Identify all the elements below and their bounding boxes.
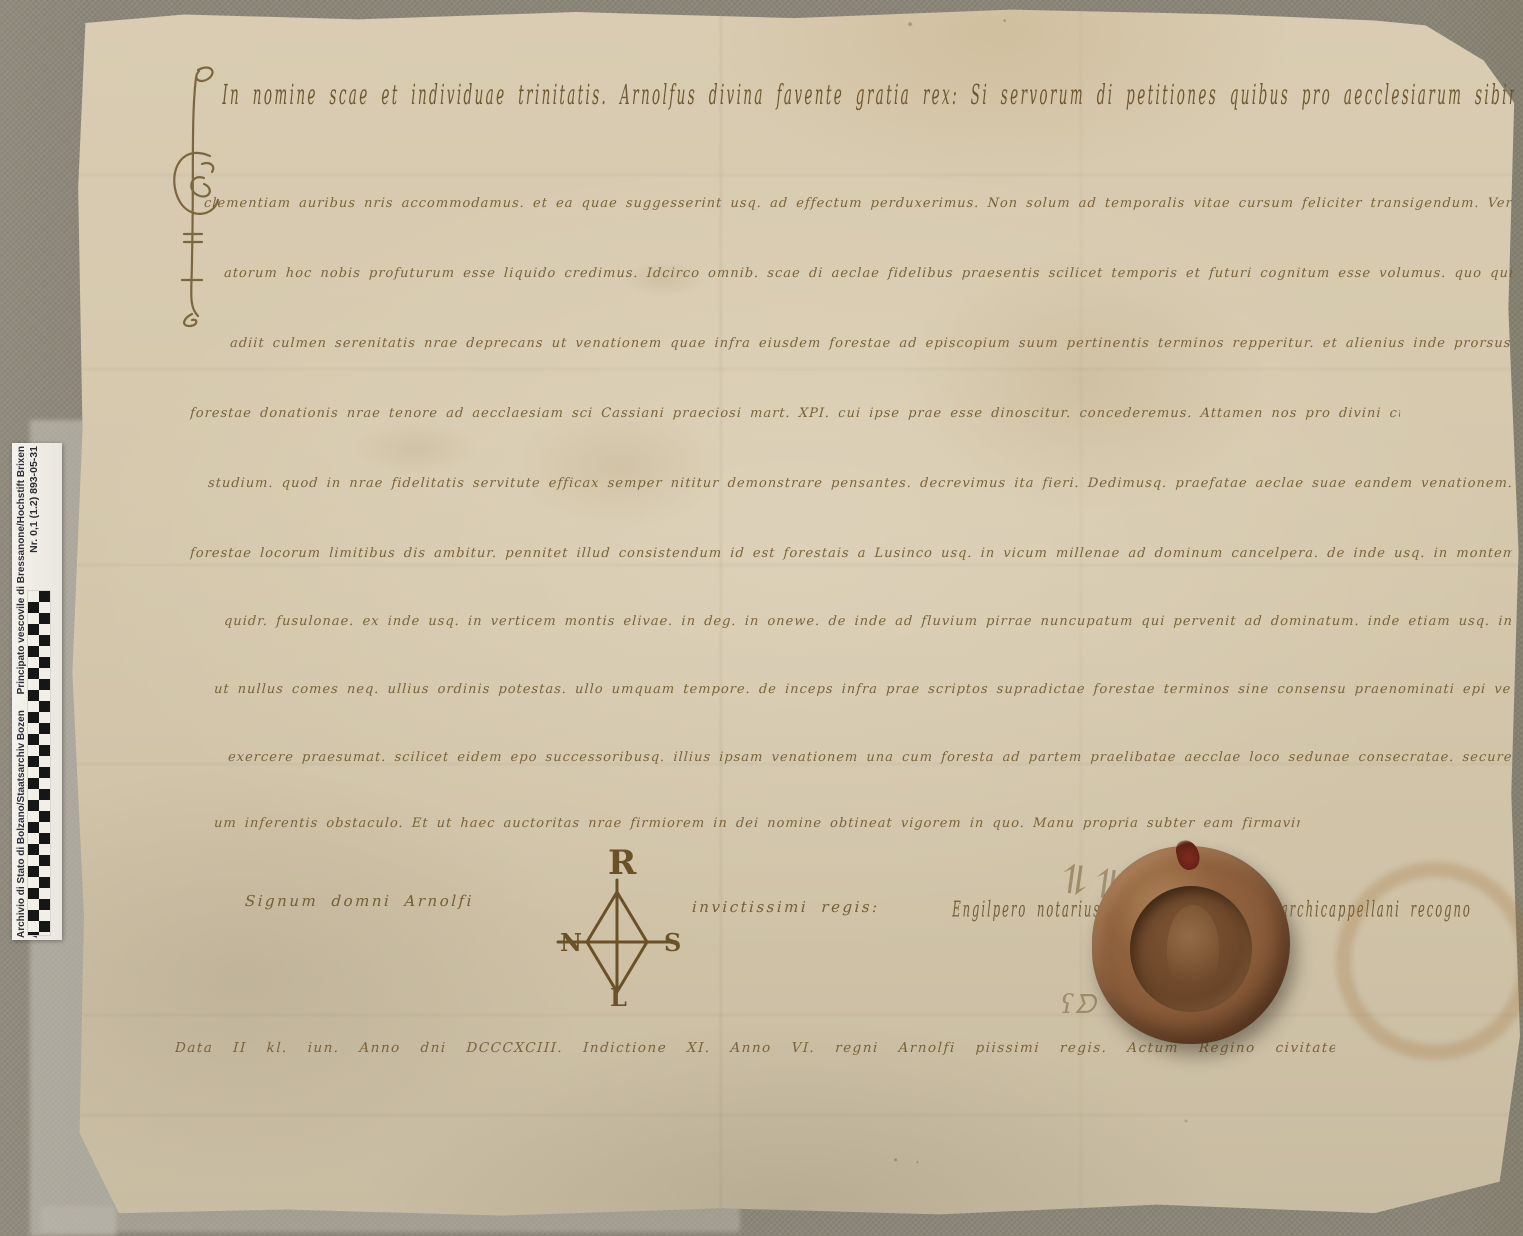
ring-stain	[1336, 862, 1523, 1060]
wax-seal	[1092, 846, 1290, 1044]
signum-text: invictissimi regis:	[692, 898, 943, 916]
charter-line: In nomine scae et individuae trinitatis.…	[222, 79, 1515, 112]
charter-line: atorum hoc nobis profuturum esse liquido…	[224, 266, 1513, 281]
monogram-letter-left: N	[560, 928, 582, 957]
fold-crease-horizontal	[68, 1014, 1520, 1016]
charter-line: quidr. fusulonae. ex inde usq. in vertic…	[224, 614, 1513, 629]
monogram-letter-top: R	[608, 843, 637, 883]
royal-monogram: R N S L	[552, 838, 682, 1008]
shelfmark-number: Nr. 0,1 (1.2) 893-05-31	[28, 446, 40, 553]
fold-crease-horizontal	[68, 1114, 1520, 1116]
fold-crease-horizontal	[68, 174, 1520, 176]
archive-name: Archivio di Stato di Bolzano/Staatsarchi…	[16, 710, 27, 938]
fold-crease-horizontal	[68, 368, 1520, 370]
calibration-scale	[28, 591, 50, 935]
seal-portrait-bust	[1167, 905, 1218, 992]
charter-line: um inferentis obstaculo. Et ut haec auct…	[214, 816, 1301, 831]
charter-line: forestae locorum limitibus dis ambitur. …	[190, 546, 1513, 561]
fold-crease-horizontal	[68, 564, 1520, 566]
monogram-letter-right: S	[664, 928, 681, 957]
fold-crease-vertical	[720, 6, 722, 1218]
parchment-stains	[68, 6, 1520, 1218]
chrismon-icon	[158, 58, 232, 328]
fonds-name: Principato vescovile di Bressanone/Hochs…	[16, 446, 27, 694]
photograph-of-charter: In nomine scae et individuae trinitatis.…	[0, 0, 1523, 1236]
fold-crease-vertical	[1080, 6, 1082, 1218]
charter-line: studium. quod in nrae fidelitatis servit…	[208, 476, 1513, 491]
charter-line: exercere praesumat. scilicet eidem epo s…	[228, 750, 1513, 765]
charter-line: forestae donationis nrae tenore ad aeccl…	[190, 406, 1401, 421]
monogram-letter-bottom: L	[610, 983, 627, 1008]
parchment-sheet	[68, 6, 1520, 1218]
charter-line: clementiam auribus nris accommodamus. et…	[204, 196, 1513, 211]
signum-text: Signum domni Arnolfi	[245, 892, 566, 910]
charter-line: ut nullus comes neq. ullius ordinis pote…	[214, 682, 1513, 697]
charter-line: adiit culmen serenitatis nrae deprecans …	[230, 336, 1513, 351]
